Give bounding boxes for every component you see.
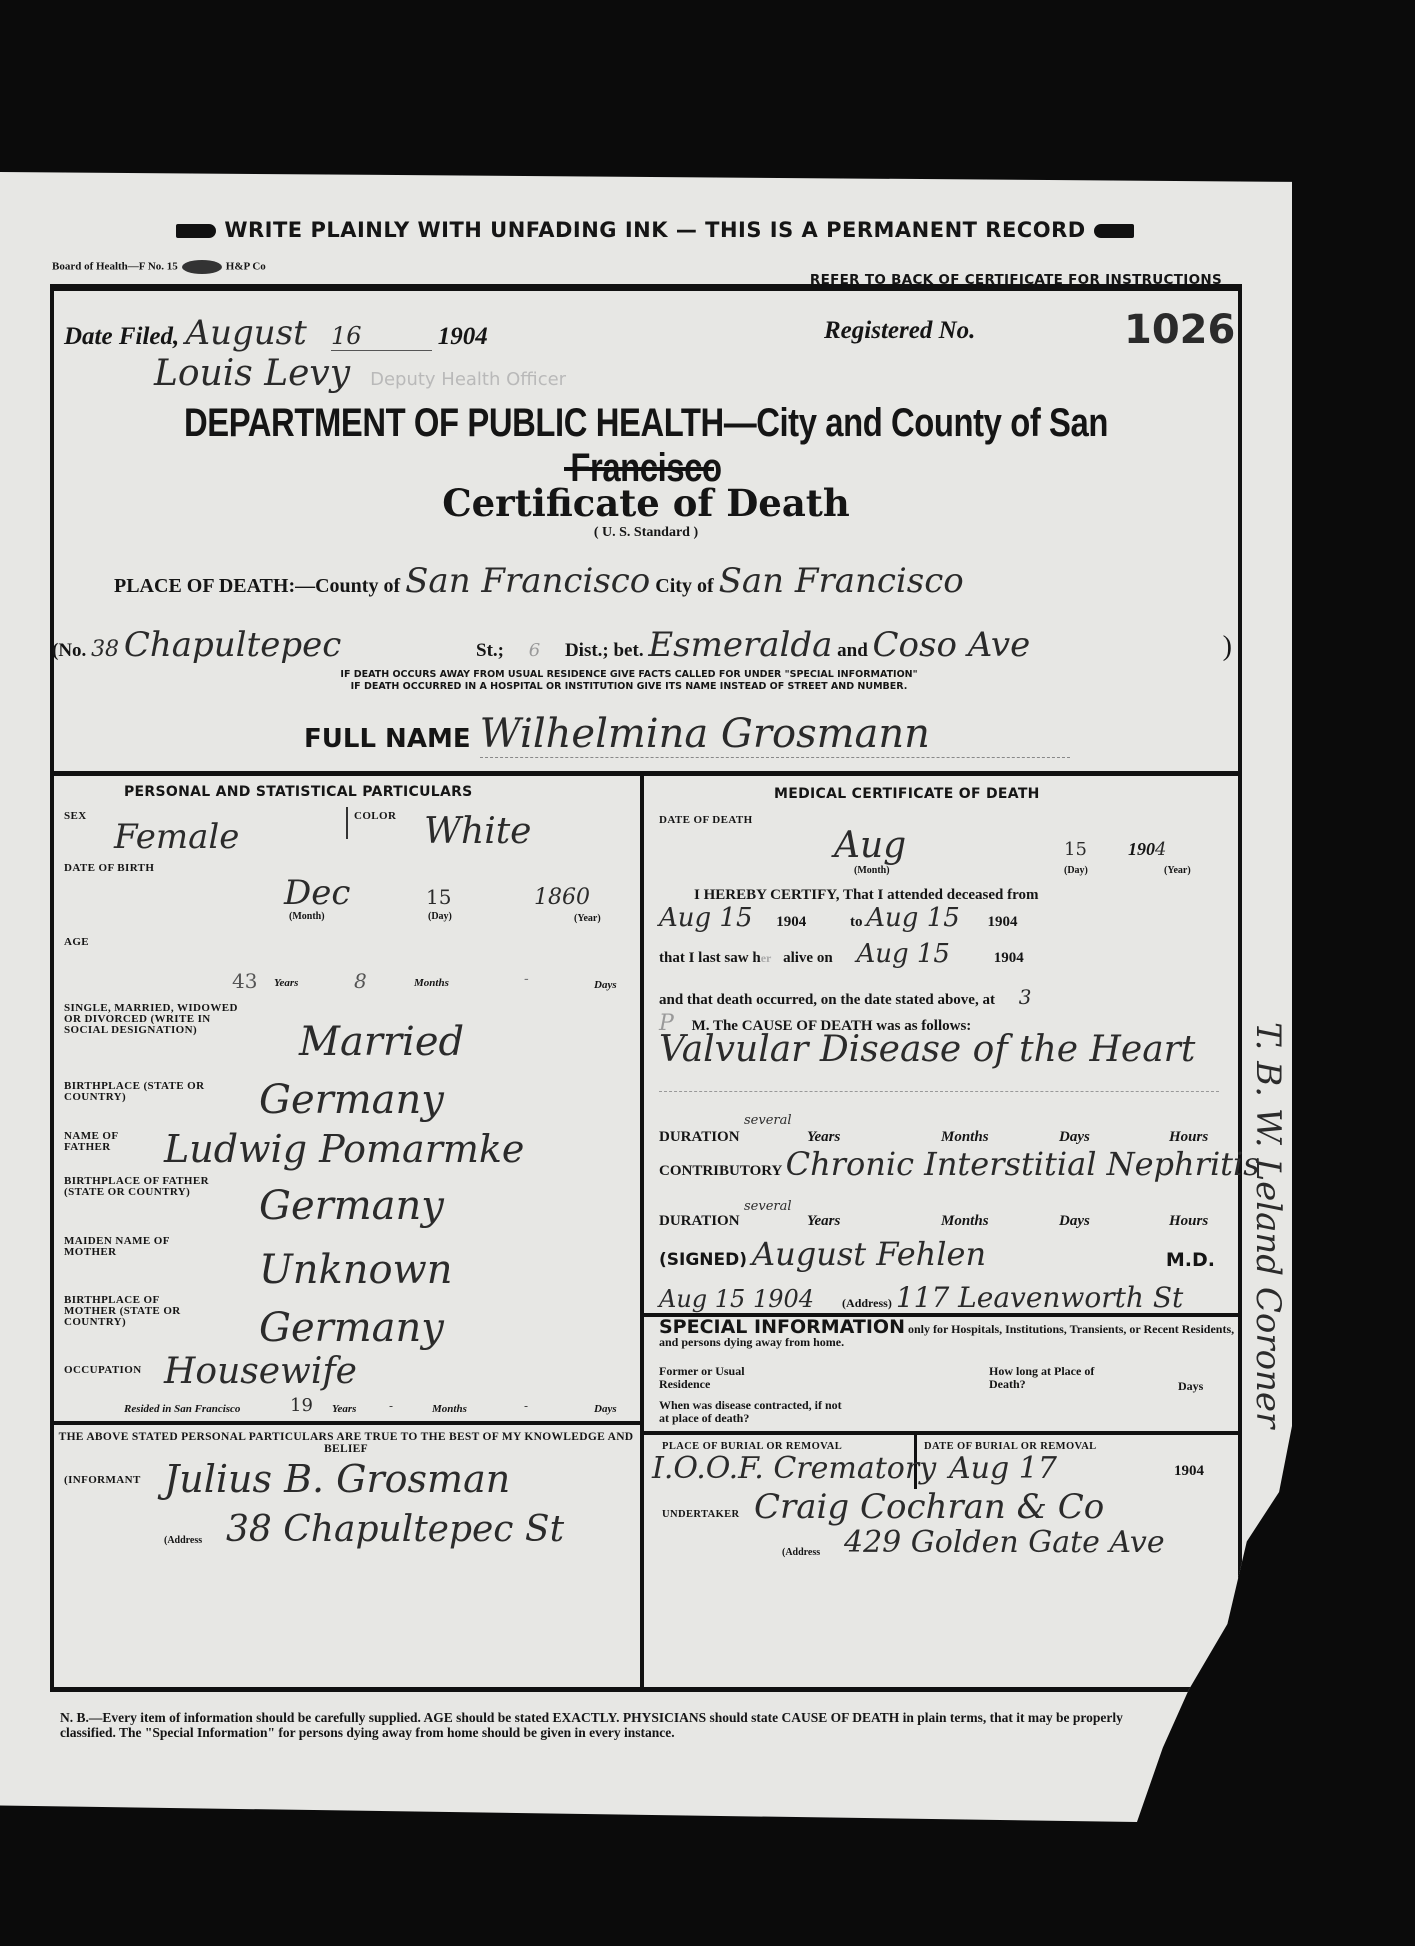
certificate-form: Date Filed, August 16 1904 Registered No… bbox=[50, 284, 1242, 1692]
duration-months-label: Months bbox=[941, 1129, 989, 1146]
resided-months: - bbox=[389, 1399, 393, 1413]
mother-label: MAIDEN NAME OF MOTHER bbox=[64, 1236, 214, 1258]
age-months-label: Months bbox=[414, 977, 449, 989]
duration-2-hours-label: Hours bbox=[1169, 1213, 1208, 1230]
coroner-margin-note: T. B. W. Leland Coroner bbox=[1238, 1022, 1288, 1542]
undertaker-address: 429 Golden Gate Ave bbox=[844, 1525, 1165, 1560]
occupation-label: OCCUPATION bbox=[64, 1365, 142, 1376]
city-value: San Francisco bbox=[719, 561, 964, 601]
full-name-label: FULL NAME bbox=[304, 724, 471, 754]
resided-days: - bbox=[524, 1399, 528, 1413]
md-label: M.D. bbox=[1166, 1249, 1215, 1271]
medical-heading: MEDICAL CERTIFICATE OF DEATH bbox=[774, 786, 1040, 802]
attended-from-year: 1904 bbox=[776, 914, 806, 930]
age-days: - bbox=[524, 971, 529, 987]
father-birthplace-label: BIRTHPLACE OF FATHER (State or Country) bbox=[64, 1176, 214, 1198]
birthplace-value: Germany bbox=[259, 1077, 444, 1123]
burial-date: Aug 17 bbox=[949, 1451, 1057, 1486]
how-long-days-label: Days bbox=[1178, 1379, 1203, 1394]
printer-name: H&P Co bbox=[226, 261, 266, 273]
date-filed-day: 16 bbox=[331, 322, 432, 351]
certify-text: I HEREBY CERTIFY, That I attended deceas… bbox=[694, 887, 1039, 904]
death-year-label: (Year) bbox=[1164, 865, 1191, 876]
dob-day-label: (Day) bbox=[428, 911, 452, 922]
permanent-record-banner: WRITE PLAINLY WITH UNFADING INK — THIS I… bbox=[110, 218, 1200, 242]
form-number-text: Board of Health—F No. 15 bbox=[52, 261, 178, 273]
banner-text: WRITE PLAINLY WITH UNFADING INK — THIS I… bbox=[224, 218, 1085, 242]
sex-color-divider bbox=[346, 807, 348, 839]
to-label: to bbox=[850, 914, 863, 930]
between-street-1: Esmeralda bbox=[648, 625, 832, 665]
residence-note-line-1: IF DEATH OCCURS AWAY FROM USUAL RESIDENC… bbox=[164, 669, 1094, 681]
street-name: Chapultepec bbox=[124, 625, 341, 665]
dob-label: DATE OF BIRTH bbox=[64, 863, 154, 874]
last-saw-text: that I last saw h bbox=[659, 950, 761, 966]
dist-label: Dist.; bet. bbox=[565, 640, 644, 661]
pointing-hand-icon bbox=[176, 224, 216, 238]
duration-years-label: Years bbox=[807, 1129, 840, 1146]
occurred-text: and that death occurred, on the date sta… bbox=[659, 985, 1031, 1009]
color-value: White bbox=[424, 811, 531, 852]
death-time: 3 bbox=[1019, 985, 1032, 1009]
father-value: Ludwig Pomarmke bbox=[164, 1127, 524, 1171]
duration-2-value: several bbox=[744, 1199, 792, 1214]
signed-label: (SIGNED) bbox=[659, 1250, 747, 1270]
alive-on-label: alive on bbox=[783, 950, 833, 966]
physician-address-label: (Address) bbox=[842, 1296, 892, 1310]
last-saw-date: Aug 15 bbox=[856, 939, 950, 969]
age-label: AGE bbox=[64, 937, 89, 948]
dob-month: Dec bbox=[284, 873, 350, 913]
duration-hours-label: Hours bbox=[1169, 1129, 1208, 1146]
burial-year: 1904 bbox=[1174, 1463, 1204, 1480]
occupation-value: Housewife bbox=[164, 1351, 357, 1392]
father-label: NAME OF FATHER bbox=[64, 1131, 164, 1153]
district-number: 6 bbox=[529, 640, 540, 661]
attended-from: Aug 15 bbox=[659, 903, 753, 933]
marital-label: SINGLE, MARRIED, WIDOWED OR DIVORCED (Wr… bbox=[64, 1003, 244, 1036]
county-value: San Francisco bbox=[405, 561, 650, 601]
sex-label: SEX bbox=[64, 811, 87, 822]
death-year-suffix: 4 bbox=[1155, 839, 1166, 860]
informant-name: Julius B. Grosman bbox=[164, 1457, 510, 1501]
place-of-death-label: PLACE OF DEATH:—County of bbox=[114, 575, 400, 597]
attended-period: Aug 15 1904 to Aug 15 1904 bbox=[659, 903, 1018, 933]
dob-month-label: (Month) bbox=[289, 911, 325, 922]
place-of-death: PLACE OF DEATH:—County of San Francisco … bbox=[114, 561, 964, 601]
age-months: 8 bbox=[354, 969, 367, 993]
duration-2-months-label: Months bbox=[941, 1213, 989, 1230]
duration-2-years-label: Years bbox=[807, 1213, 840, 1230]
mother-birthplace-value: Germany bbox=[259, 1305, 444, 1351]
undertaker-label: UNDERTAKER bbox=[662, 1509, 740, 1520]
residence-note: IF DEATH OCCURS AWAY FROM USUAL RESIDENC… bbox=[164, 669, 1094, 693]
cause-of-death: Valvular Disease of the Heart bbox=[659, 1029, 1195, 1070]
burial-divider bbox=[644, 1431, 1238, 1435]
pointing-hand-icon bbox=[1094, 224, 1134, 238]
sex-value: Female bbox=[114, 817, 239, 857]
informant-address-label: (Address bbox=[164, 1535, 202, 1546]
informant-divider bbox=[54, 1421, 640, 1425]
cause-line bbox=[659, 1091, 1219, 1092]
contributory-row: CONTRIBUTORY Chronic Interstitial Nephri… bbox=[659, 1145, 1260, 1183]
informant-address: 38 Chapultepec St bbox=[226, 1509, 564, 1550]
no-label: (No. bbox=[52, 640, 86, 661]
resided-years: 19 bbox=[290, 1395, 313, 1416]
resided-months-label: Months bbox=[432, 1403, 467, 1415]
mother-birthplace-label: BIRTHPLACE OF MOTHER (State or Country) bbox=[64, 1295, 214, 1328]
date-of-death-label: DATE OF DEATH bbox=[659, 815, 753, 826]
resided-years-label: Years bbox=[332, 1403, 356, 1415]
death-year-prefix: 190 bbox=[1128, 839, 1155, 859]
certificate-standard: ( U. S. Standard ) bbox=[54, 525, 1238, 541]
burial-place: I.O.O.F. Crematory bbox=[652, 1451, 936, 1486]
health-officer: Louis Levy Deputy Health Officer bbox=[154, 353, 566, 394]
death-year: 1904 bbox=[1128, 839, 1166, 860]
duration-1-value: several bbox=[744, 1113, 792, 1128]
duration-2-label: DURATION bbox=[659, 1213, 740, 1229]
between-street-2: Coso Ave bbox=[873, 625, 1031, 665]
death-day: 15 bbox=[1064, 839, 1087, 860]
date-filed: Date Filed, August 16 1904 bbox=[64, 313, 488, 353]
color-label: COLOR bbox=[354, 811, 396, 822]
attended-to: Aug 15 bbox=[866, 903, 960, 933]
form-number: Board of Health—F No. 15H&P Co bbox=[52, 260, 266, 274]
informant-label: (Informant bbox=[64, 1475, 141, 1486]
column-divider bbox=[640, 776, 644, 1691]
duration-row-2: DURATION Years Months Days Hours bbox=[659, 1213, 1219, 1230]
duration-label: DURATION bbox=[659, 1129, 740, 1145]
dob-year: 1860 bbox=[534, 885, 590, 910]
age-years-label: Years bbox=[274, 977, 298, 989]
informant-statement: THE ABOVE STATED PERSONAL PARTICULARS AR… bbox=[58, 1431, 634, 1455]
residence-note-line-2: IF DEATH OCCURRED IN A HOSPITAL OR INSTI… bbox=[164, 681, 1094, 693]
close-paren: ) bbox=[1223, 631, 1232, 663]
how-long-label: How long at Place of Death? bbox=[989, 1365, 1109, 1391]
birthplace-label: BIRTHPLACE (State or Country) bbox=[64, 1081, 214, 1103]
death-address: (No. 38 Chapultepec St.; 6 Dist.; bet. E… bbox=[52, 625, 1232, 665]
contributory-label: CONTRIBUTORY bbox=[659, 1163, 782, 1179]
personal-heading: PERSONAL AND STATISTICAL PARTICULARS bbox=[124, 784, 473, 800]
former-residence-label: Former or Usual Residence bbox=[659, 1365, 789, 1391]
physician-signature: August Fehlen bbox=[752, 1235, 986, 1273]
st-label: St.; bbox=[476, 640, 504, 661]
duration-row-1: DURATION Years Months Days Hours bbox=[659, 1129, 1219, 1146]
registered-no: 1026 bbox=[1124, 307, 1235, 353]
last-saw-pronoun: er bbox=[761, 951, 772, 965]
physician-address: 117 Leavenworth St bbox=[896, 1281, 1183, 1314]
death-day-label: (Day) bbox=[1064, 865, 1088, 876]
street-number: 38 bbox=[91, 637, 119, 662]
registered-no-label: Registered No. bbox=[824, 317, 975, 345]
special-info-heading: SPECIAL INFORMATION only for Hospitals, … bbox=[659, 1321, 1239, 1349]
duration-days-label: Days bbox=[1059, 1129, 1090, 1146]
resided-label: Resided in San Francisco bbox=[124, 1403, 240, 1415]
dob-year-label: (Year) bbox=[574, 913, 601, 924]
date-filed-label: Date Filed, bbox=[64, 323, 179, 350]
father-birthplace-value: Germany bbox=[259, 1183, 444, 1229]
resided-days-label: Days bbox=[594, 1403, 617, 1415]
last-saw: that I last saw her alive on Aug 15 1904 bbox=[659, 939, 1024, 969]
union-seal-icon bbox=[182, 260, 222, 274]
officer-title: Deputy Health Officer bbox=[370, 369, 566, 390]
contracted-label: When was disease contracted, if not at p… bbox=[659, 1399, 849, 1425]
age-days-label: Days bbox=[594, 979, 617, 991]
full-name-value: Wilhelmina Grosmann bbox=[480, 711, 1070, 758]
title-divider bbox=[564, 467, 714, 471]
age-years: 43 bbox=[232, 969, 257, 993]
dob-day: 15 bbox=[426, 885, 451, 909]
death-month: Aug bbox=[834, 825, 906, 866]
contributory-value: Chronic Interstitial Nephritis bbox=[786, 1145, 1260, 1183]
death-month-label: (Month) bbox=[854, 865, 890, 876]
department-title: DEPARTMENT OF PUBLIC HEALTH—City and Cou… bbox=[161, 401, 1132, 491]
physician-address-row: Aug 15 1904 (Address) 117 Leavenworth St bbox=[659, 1281, 1229, 1314]
full-name: FULL NAME Wilhelmina Grosmann bbox=[304, 711, 1070, 757]
and-label: and bbox=[837, 640, 868, 661]
signed-row: (SIGNED) August Fehlen M.D. bbox=[659, 1235, 1219, 1273]
duration-2-days-label: Days bbox=[1059, 1213, 1090, 1230]
date-filed-month: August bbox=[186, 313, 307, 353]
marital-value: Married bbox=[299, 1019, 464, 1065]
undertaker: Craig Cochran & Co bbox=[754, 1487, 1104, 1527]
occurred-label: and that death occurred, on the date sta… bbox=[659, 992, 995, 1008]
footnote: N. B.—Every item of information should b… bbox=[60, 1710, 1170, 1740]
officer-signature: Louis Levy bbox=[154, 353, 350, 394]
city-label: City of bbox=[655, 575, 713, 597]
signed-date: Aug 15 1904 bbox=[659, 1285, 814, 1313]
certificate-paper: WRITE PLAINLY WITH UNFADING INK — THIS I… bbox=[0, 172, 1292, 1822]
last-saw-year: 1904 bbox=[994, 950, 1024, 966]
attended-to-year: 1904 bbox=[988, 914, 1018, 930]
certificate-title: Certificate of Death bbox=[54, 481, 1238, 525]
mother-value: Unknown bbox=[259, 1247, 453, 1293]
section-divider bbox=[50, 771, 1242, 776]
date-filed-year: 1904 bbox=[438, 323, 488, 350]
undertaker-address-label: (Address bbox=[782, 1547, 820, 1558]
